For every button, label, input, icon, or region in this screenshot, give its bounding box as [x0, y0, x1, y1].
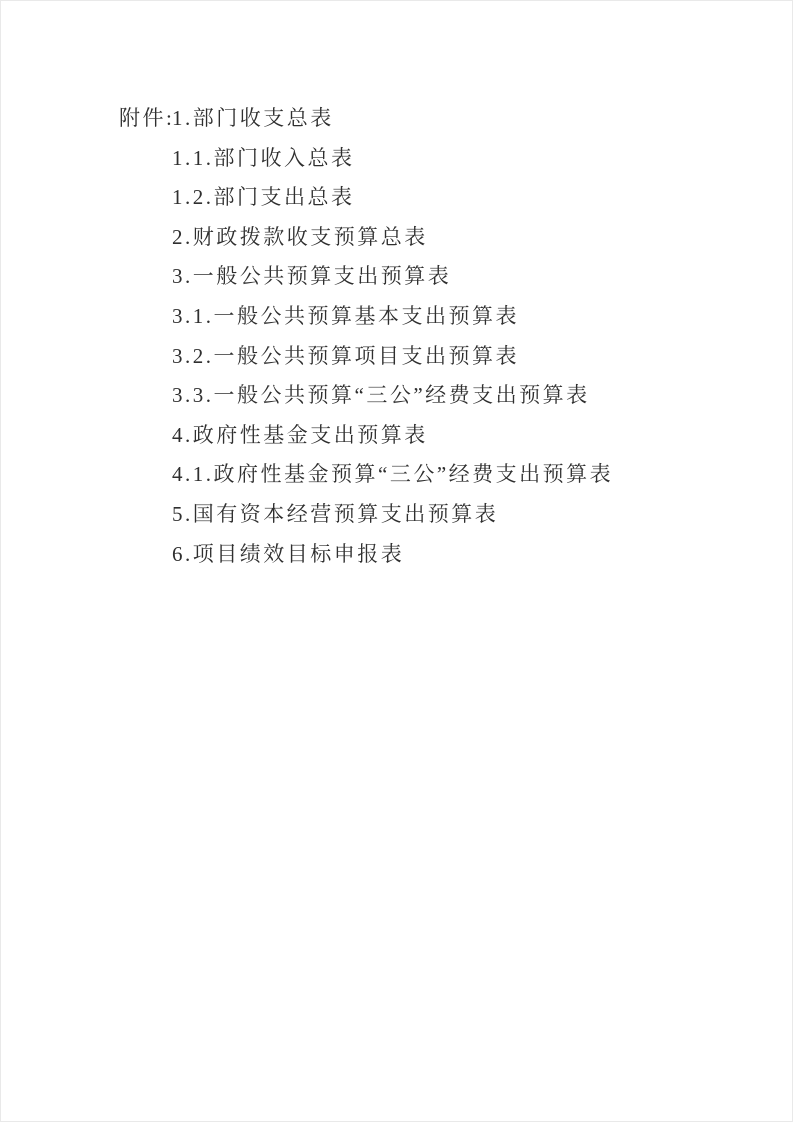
attachment-line-5: 3.一般公共预算支出预算表 [172, 257, 613, 297]
attachment-item-text: 3.2.一般公共预算项目支出预算表 [172, 344, 519, 368]
attachment-item-text: 1.2.部门支出总表 [172, 185, 355, 209]
attachment-item-text: 4.政府性基金支出预算表 [172, 423, 428, 447]
attachment-line-9: 4.政府性基金支出预算表 [172, 416, 613, 456]
attachment-item-text: 4.1.政府性基金预算“三公”经费支出预算表 [172, 462, 613, 486]
attachment-item-text: 5.国有资本经营预算支出预算表 [172, 502, 498, 526]
attachment-line-11: 5.国有资本经营预算支出预算表 [172, 495, 613, 535]
attachment-item-text: 1.1.部门收入总表 [172, 146, 355, 170]
attachment-line-7: 3.2.一般公共预算项目支出预算表 [172, 337, 613, 377]
attachment-item-text: 2.财政拨款收支预算总表 [172, 225, 428, 249]
attachments-label: 附件: [119, 99, 174, 139]
attachment-item-text: 3.3.一般公共预算“三公”经费支出预算表 [172, 383, 590, 407]
attachment-item-text: 6.项目绩效目标申报表 [172, 542, 404, 566]
attachment-item-text: 1.部门收支总表 [172, 106, 334, 130]
attachment-line-3: 1.2.部门支出总表 [172, 178, 613, 218]
attachment-line-1: 附件: 1.部门收支总表 [172, 99, 613, 139]
attachment-line-8: 3.3.一般公共预算“三公”经费支出预算表 [172, 376, 613, 416]
attachment-line-12: 6.项目绩效目标申报表 [172, 535, 613, 575]
attachment-line-2: 1.1.部门收入总表 [172, 139, 613, 179]
attachment-item-text: 3.一般公共预算支出预算表 [172, 264, 451, 288]
attachment-item-text: 3.1.一般公共预算基本支出预算表 [172, 304, 519, 328]
attachment-line-10: 4.1.政府性基金预算“三公”经费支出预算表 [172, 455, 613, 495]
attachment-line-6: 3.1.一般公共预算基本支出预算表 [172, 297, 613, 337]
document-page: 附件: 1.部门收支总表 1.1.部门收入总表 1.2.部门支出总表 2.财政拨… [0, 0, 793, 1122]
attachment-list: 附件: 1.部门收支总表 1.1.部门收入总表 1.2.部门支出总表 2.财政拨… [172, 99, 613, 574]
attachment-line-4: 2.财政拨款收支预算总表 [172, 218, 613, 258]
